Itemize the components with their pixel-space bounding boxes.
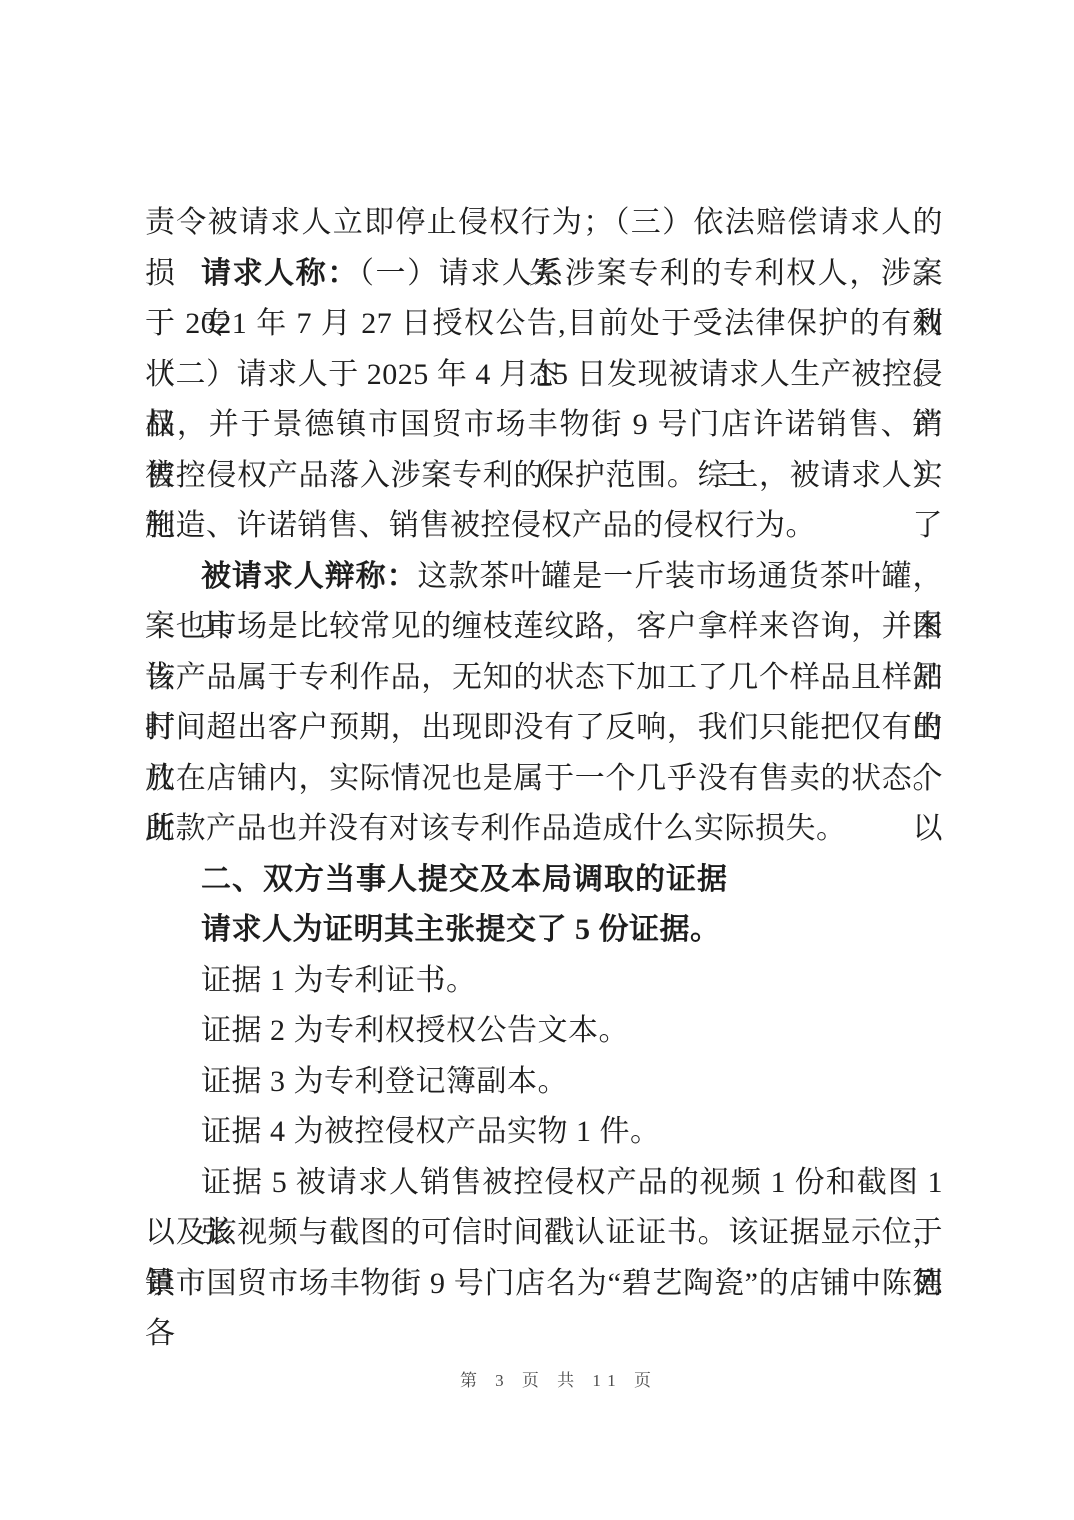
text-line: 此款产品也并没有对该专利作品造成什么实际损失。 <box>145 804 943 855</box>
text-line: 放在店铺内，实际情况也是属于一个几乎没有售卖的状态。所以 <box>145 754 943 805</box>
text-run: 镇市国贸市场丰物街 9 号门店名为“碧艺陶瓷”的店铺中陈列各 <box>145 1267 943 1351</box>
text-line: 被请求人辩称：这款茶叶罐是一斤装市场通货茶叶罐，其图 <box>145 552 943 603</box>
document-page: 责令被请求人立即停止侵权行为；（三）依法赔偿请求人的损失。请求人称：（一）请求人… <box>0 0 1074 1520</box>
text-line: 案也市场是比较常见的缠枝莲纹路，客户拿样来咨询，并未告知 <box>145 602 943 653</box>
text-line: （二）请求人于 2025 年 4 月 15 日发现被请求人生产被控侵权产 <box>145 350 943 401</box>
text-line: 证据 2 为专利权授权公告文本。 <box>145 1006 943 1057</box>
text-run: 制造、许诺销售、销售被控侵权产品的侵权行为。 <box>145 509 816 542</box>
text-line: 时间超出客户预期，出现即没有了反响，我们只能把仅有的几个 <box>145 703 943 754</box>
text-run: 证据 2 为专利权授权公告文本。 <box>201 1014 629 1047</box>
text-line: 证据 3 为专利登记簿副本。 <box>145 1057 943 1108</box>
text-line: 请求人为证明其主张提交了 5 份证据。 <box>145 905 943 956</box>
text-line: 二、双方当事人提交及本局调取的证据 <box>145 855 943 906</box>
document-body: 责令被请求人立即停止侵权行为；（三）依法赔偿请求人的损失。请求人称：（一）请求人… <box>145 198 943 1309</box>
text-line: 品，并于景德镇市国贸市场丰物街 9 号门店许诺销售、销售。（三） <box>145 400 943 451</box>
text-run: 证据 4 为被控侵权产品实物 1 件。 <box>201 1115 661 1148</box>
text-run: 证据 1 为专利证书。 <box>201 964 477 997</box>
text-run-bold: 二、双方当事人提交及本局调取的证据 <box>201 863 728 896</box>
text-line: 被控侵权产品落入涉案专利的保护范围。综上，被请求人实施了 <box>145 451 943 502</box>
text-line: 证据 4 为被控侵权产品实物 1 件。 <box>145 1107 943 1158</box>
text-line: 证据 5 被请求人销售被控侵权产品的视频 1 份和截图 1 张， <box>145 1158 943 1209</box>
text-line: 以及该视频与截图的可信时间戳认证证书。该证据显示位于景德 <box>145 1208 943 1259</box>
text-line: 该产品属于专利作品，无知的状态下加工了几个样品且样品打出 <box>145 653 943 704</box>
text-run: 此款产品也并没有对该专利作品造成什么实际损失。 <box>145 812 847 845</box>
text-line: 于 2021 年 7 月 27 日授权公告,目前处于受法律保护的有效状态。 <box>145 299 943 350</box>
page-footer: 第 3 页 共 11 页 <box>0 1366 1074 1391</box>
text-run-bold: 请求人称： <box>201 257 359 290</box>
text-run-bold: 被请求人辩称： <box>201 560 418 593</box>
text-line: 请求人称：（一）请求人系涉案专利的专利权人，涉案专利 <box>145 249 943 300</box>
text-run-bold: 请求人为证明其主张提交了 5 份证据。 <box>201 913 721 946</box>
text-line: 证据 1 为专利证书。 <box>145 956 943 1007</box>
text-line: 责令被请求人立即停止侵权行为；（三）依法赔偿请求人的损失。 <box>145 198 943 249</box>
text-line: 镇市国贸市场丰物街 9 号门店名为“碧艺陶瓷”的店铺中陈列各 <box>145 1259 943 1310</box>
text-run: 证据 3 为专利登记簿副本。 <box>201 1065 568 1098</box>
